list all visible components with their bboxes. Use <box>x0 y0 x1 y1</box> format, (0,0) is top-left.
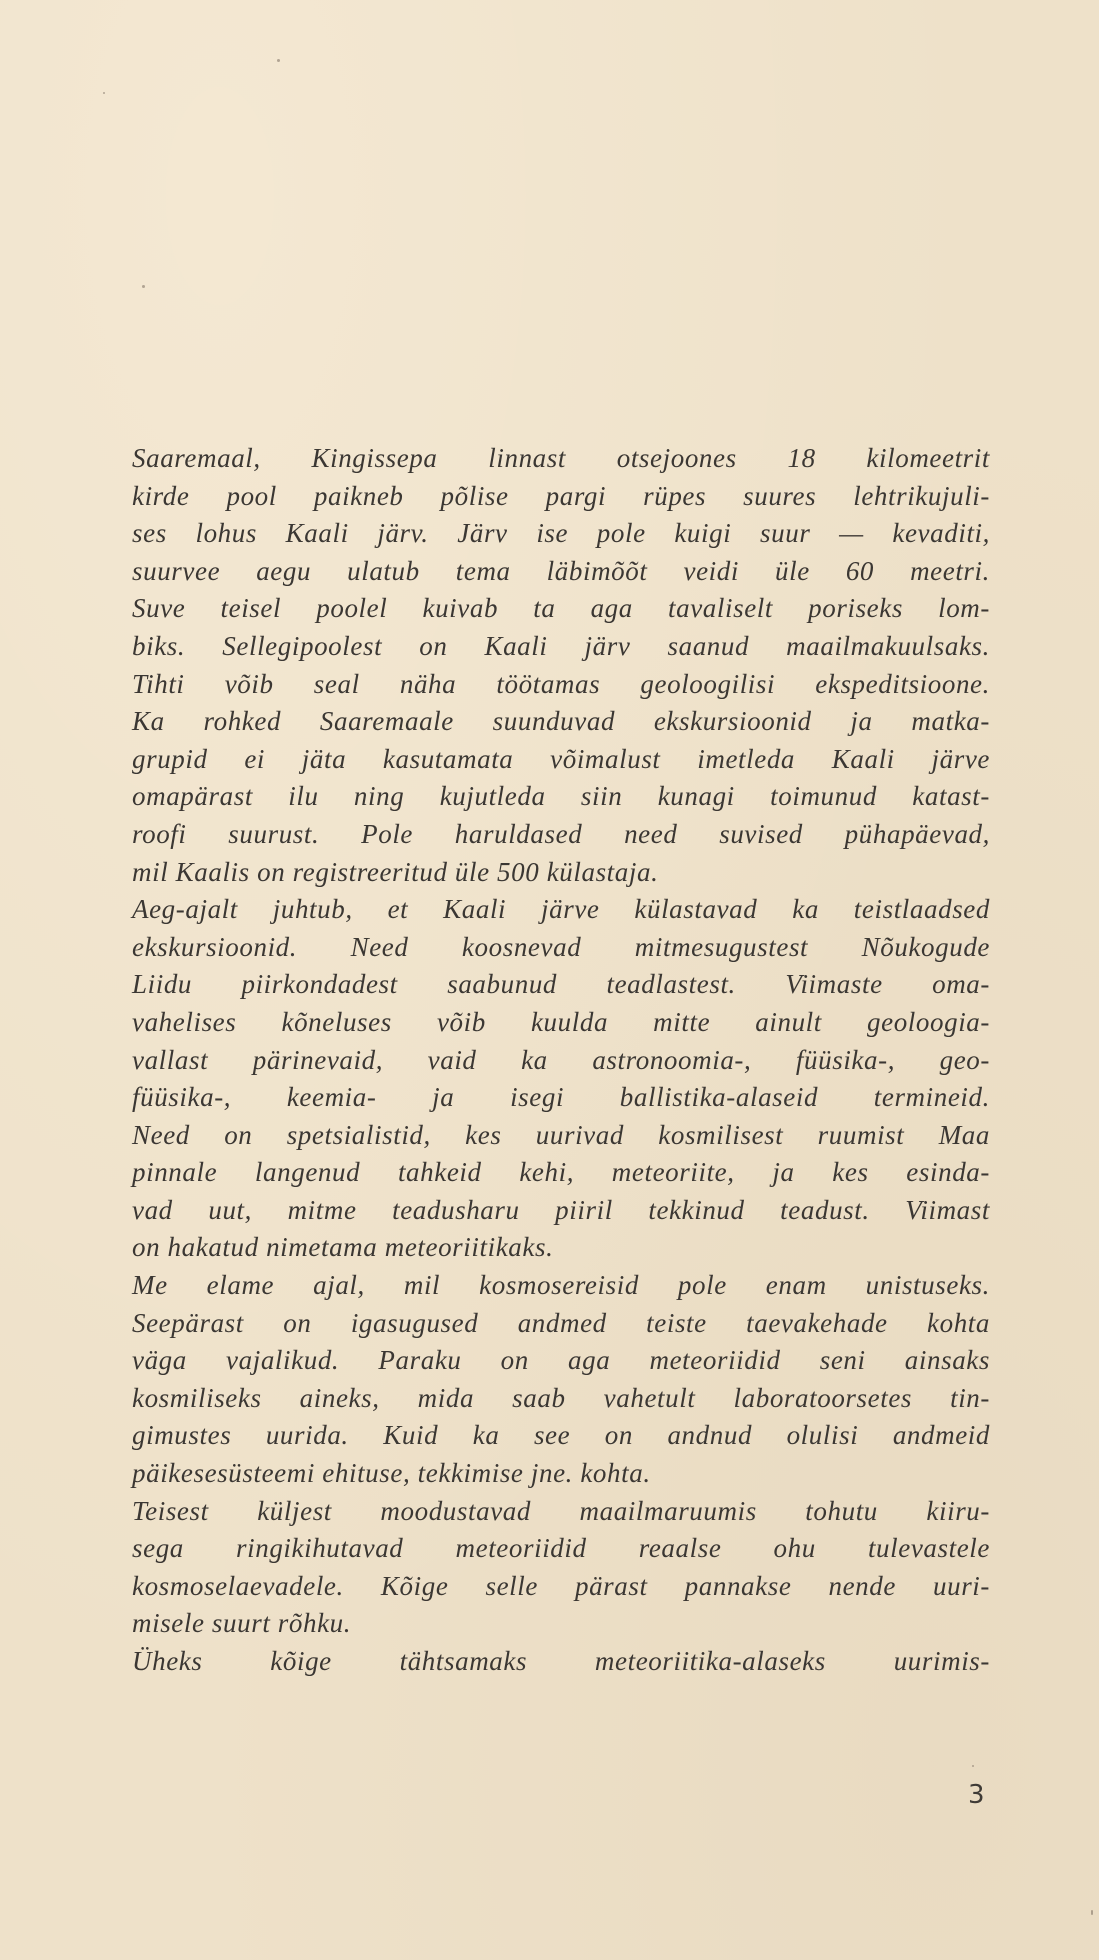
text-line: gimustes uurida. Kuid ka see on andnud o… <box>132 1417 990 1455</box>
text-line: sega ringikihutavad meteoriidid reaalse … <box>132 1530 990 1568</box>
paper-speck <box>1091 1910 1093 1915</box>
text-line: Saaremaal, Kingissepa linnast otsejoones… <box>132 440 990 478</box>
text-line: vahelises kõneluses võib kuulda mitte ai… <box>132 1004 990 1042</box>
text-line: ses lohus Kaali järv. Järv ise pole kuig… <box>132 515 990 553</box>
text-line: vallast pärinevaid, vaid ka astronoomia-… <box>132 1042 990 1080</box>
book-page: Saaremaal, Kingissepa linnast otsejoones… <box>0 0 1099 1960</box>
text-line: Aeg-ajalt juhtub, et Kaali järve külasta… <box>132 891 990 929</box>
page-number: 3 <box>968 1780 985 1810</box>
paper-speck <box>103 92 105 94</box>
paper-speck <box>277 59 280 62</box>
text-line: kosmoselaevadele. Kõige selle pärast pan… <box>132 1568 990 1606</box>
text-line: vad uut, mitme teadusharu piiril tekkinu… <box>132 1192 990 1230</box>
text-line: kirde pool paikneb põlise pargi rüpes su… <box>132 478 990 516</box>
text-line: omapärast ilu ning kujutleda siin kunagi… <box>132 778 990 816</box>
text-line: pinnale langenud tahkeid kehi, meteoriit… <box>132 1154 990 1192</box>
text-line: Me elame ajal, mil kosmosereisid pole en… <box>132 1267 990 1305</box>
text-line: Liidu piirkondadest saabunud teadlastest… <box>132 966 990 1004</box>
text-line: grupid ei jäta kasutamata võimalust imet… <box>132 741 990 779</box>
text-line: päikesesüsteemi ehituse, tekkimise jne. … <box>132 1455 990 1493</box>
text-line: Tihti võib seal näha töötamas geoloogili… <box>132 666 990 704</box>
paper-speck <box>972 1765 974 1767</box>
text-line: suurvee aegu ulatub tema läbimõõt veidi … <box>132 553 990 591</box>
text-line: ekskursioonid. Need koosnevad mitmesugus… <box>132 929 990 967</box>
text-line: Suve teisel poolel kuivab ta aga tavalis… <box>132 590 990 628</box>
text-line: väga vajalikud. Paraku on aga meteoriidi… <box>132 1342 990 1380</box>
text-line: kosmiliseks aineks, mida saab vahetult l… <box>132 1380 990 1418</box>
text-line: roofi suurust. Pole haruldased need suvi… <box>132 816 990 854</box>
text-line: Ka rohked Saaremaale suunduvad ekskursio… <box>132 703 990 741</box>
text-line: Seepärast on igasugused andmed teiste ta… <box>132 1305 990 1343</box>
text-line: Teisest küljest moodustavad maailmaruumi… <box>132 1493 990 1531</box>
text-line: mil Kaalis on registreeritud üle 500 kül… <box>132 854 990 892</box>
text-line: Need on spetsialistid, kes uurivad kosmi… <box>132 1117 990 1155</box>
text-line: biks. Sellegipoolest on Kaali järv saanu… <box>132 628 990 666</box>
paper-speck <box>142 285 145 288</box>
text-line: füüsika-, keemia- ja isegi ballistika-al… <box>132 1079 990 1117</box>
text-line: on hakatud nimetama meteoriitikaks. <box>132 1229 990 1267</box>
text-line: Üheks kõige tähtsamaks meteoriitika-alas… <box>132 1643 990 1681</box>
body-text: Saaremaal, Kingissepa linnast otsejoones… <box>132 440 990 1681</box>
text-line: misele suurt rõhku. <box>132 1605 990 1643</box>
